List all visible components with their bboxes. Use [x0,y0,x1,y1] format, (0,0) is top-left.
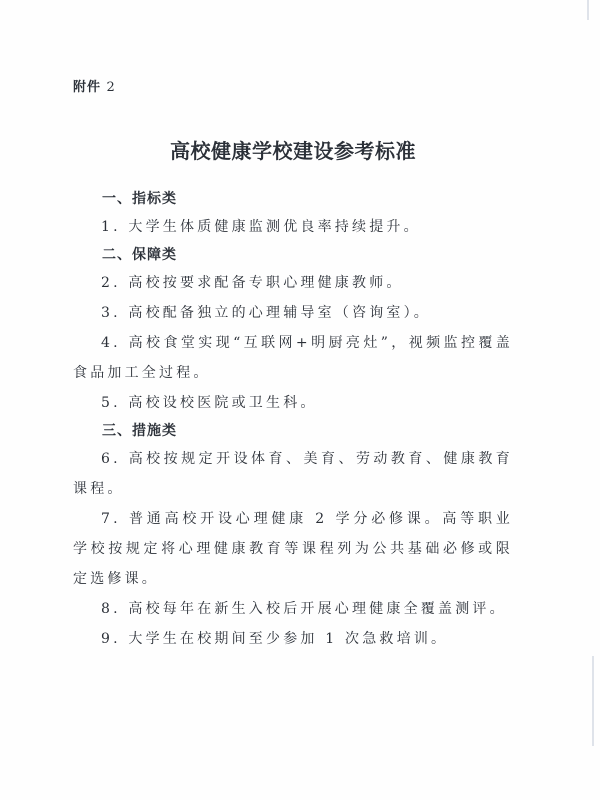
list-item: 7. 普通高校开设心理健康 2 学分必修课。高等职业学校按规定将心理健康教育等课… [73,504,513,594]
list-item: 5. 高校设校医院或卫生科。 [73,388,513,418]
document-body: 一、指标类 1. 大学生体质健康监测优良率持续提升。 二、保障类 2. 高校按要… [73,186,513,654]
list-item: 9. 大学生在校期间至少参加 1 次急救培训。 [73,624,513,654]
section-heading: 二、保障类 [73,240,513,270]
list-item: 3. 高校配备独立的心理辅导室（咨询室）。 [73,298,513,328]
attachment-label-text: 附件 [73,80,101,95]
document-page: 附件 2 高校健康学校建设参考标准 一、指标类 1. 大学生体质健康监测优良率持… [0,0,600,800]
section-measures: 三、措施类 6. 高校按规定开设体育、美育、劳动教育、健康教育课程。 7. 普通… [73,416,513,654]
scan-artifact-line [587,0,589,20]
list-item: 6. 高校按规定开设体育、美育、劳动教育、健康教育课程。 [73,444,513,504]
list-item: 8. 高校每年在新生入校后开展心理健康全覆盖测评。 [73,594,513,624]
list-item: 2. 高校按要求配备专职心理健康教师。 [73,268,513,298]
section-indicators: 一、指标类 1. 大学生体质健康监测优良率持续提升。 [73,184,513,242]
section-safeguards: 二、保障类 2. 高校按要求配备专职心理健康教师。 3. 高校配备独立的心理辅导… [73,240,513,418]
attachment-number: 2 [107,80,116,95]
document-title: 高校健康学校建设参考标准 [0,135,586,164]
list-item: 4. 高校食堂实现“互联网+明厨亮灶”，视频监控覆盖食品加工全过程。 [73,328,513,388]
attachment-label: 附件 2 [73,76,116,95]
scan-artifact-line [592,656,594,746]
list-item: 1. 大学生体质健康监测优良率持续提升。 [73,212,513,242]
section-heading: 三、措施类 [73,416,513,446]
section-heading: 一、指标类 [73,184,513,214]
